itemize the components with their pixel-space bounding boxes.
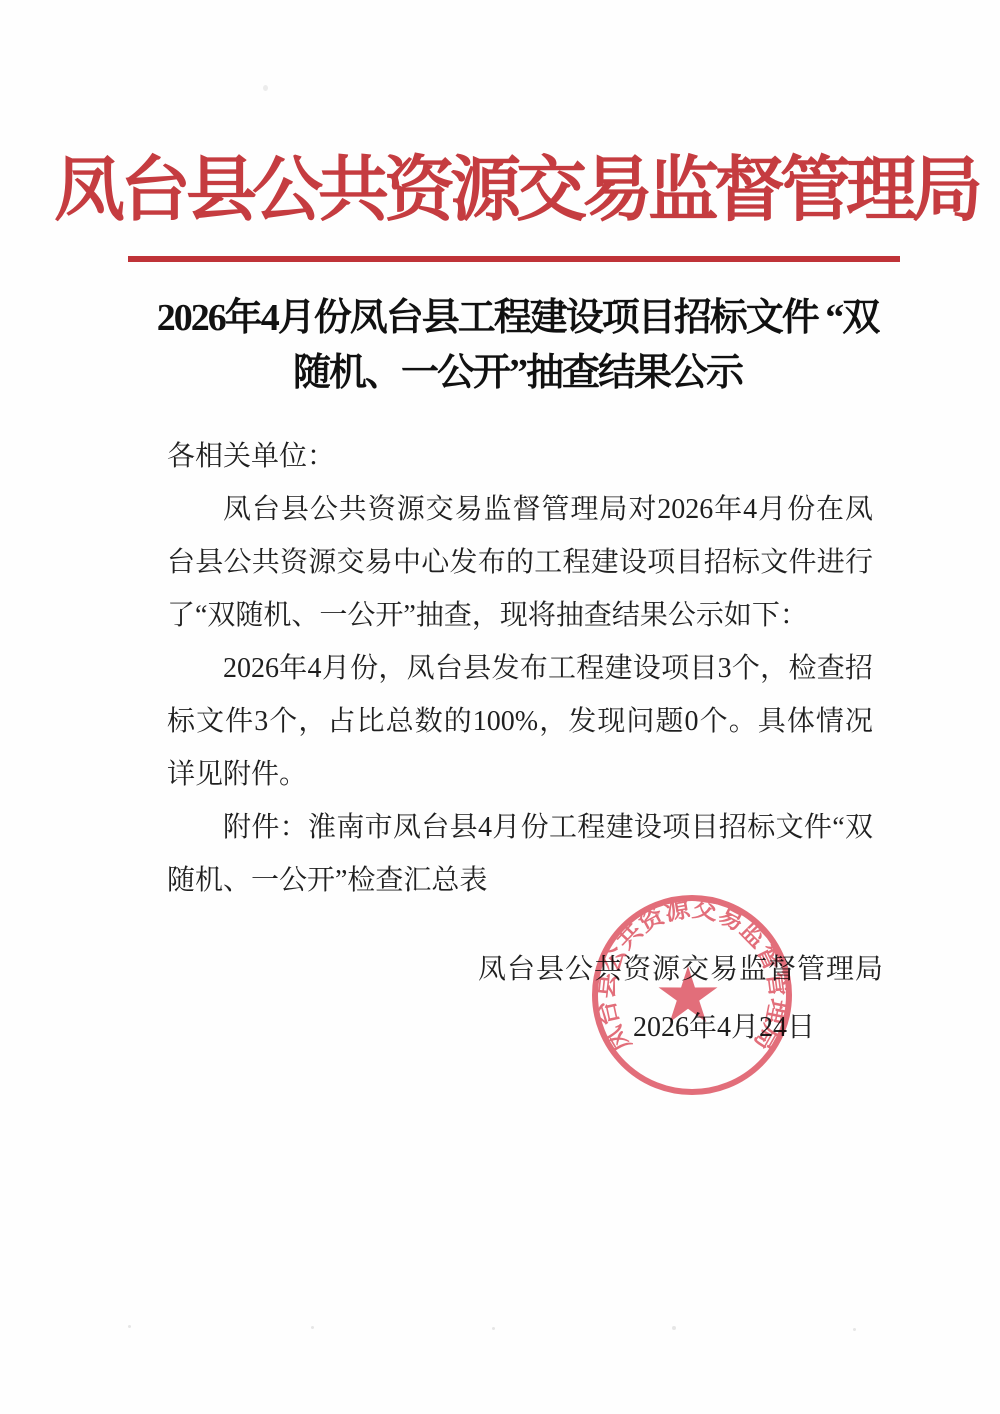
- scan-speck: [672, 1326, 676, 1330]
- scan-speck: [311, 1326, 314, 1329]
- document-title-line2: 随机、一公开”抽查结果公示: [40, 346, 995, 401]
- document-page: 凤台县公共资源交易监督管理局 2026年4月份凤台县工程建设项目招标文件 “双 …: [0, 0, 1000, 1414]
- scan-speck: [263, 85, 268, 91]
- scan-speck: [853, 1328, 856, 1331]
- seal-ring-text: 凤台县公共资源交易监督管理局: [591, 894, 794, 1057]
- seal-star-icon: [659, 966, 718, 1022]
- body-paragraph-2: 2026年4月份，凤台县发布工程建设项目3个，检查招标文件3个，占比总数的100…: [167, 642, 873, 801]
- salutation: 各相关单位：: [167, 430, 873, 483]
- document-title: 2026年4月份凤台县工程建设项目招标文件 “双 随机、一公开”抽查结果公示: [40, 291, 995, 401]
- official-seal: 凤台县公共资源交易监督管理局: [572, 875, 812, 1115]
- red-divider-line: [128, 256, 900, 262]
- body-paragraph-1: 凤台县公共资源交易监督管理局对2026年4月份在凤台县公共资源交易中心发布的工程…: [167, 483, 873, 642]
- document-title-line1: 2026年4月份凤台县工程建设项目招标文件 “双: [40, 291, 995, 346]
- scan-speck: [492, 1327, 495, 1330]
- document-body: 各相关单位： 凤台县公共资源交易监督管理局对2026年4月份在凤台县公共资源交易…: [167, 430, 873, 907]
- scan-speck: [128, 1325, 131, 1328]
- letterhead-title: 凤台县公共资源交易监督管理局: [36, 152, 996, 230]
